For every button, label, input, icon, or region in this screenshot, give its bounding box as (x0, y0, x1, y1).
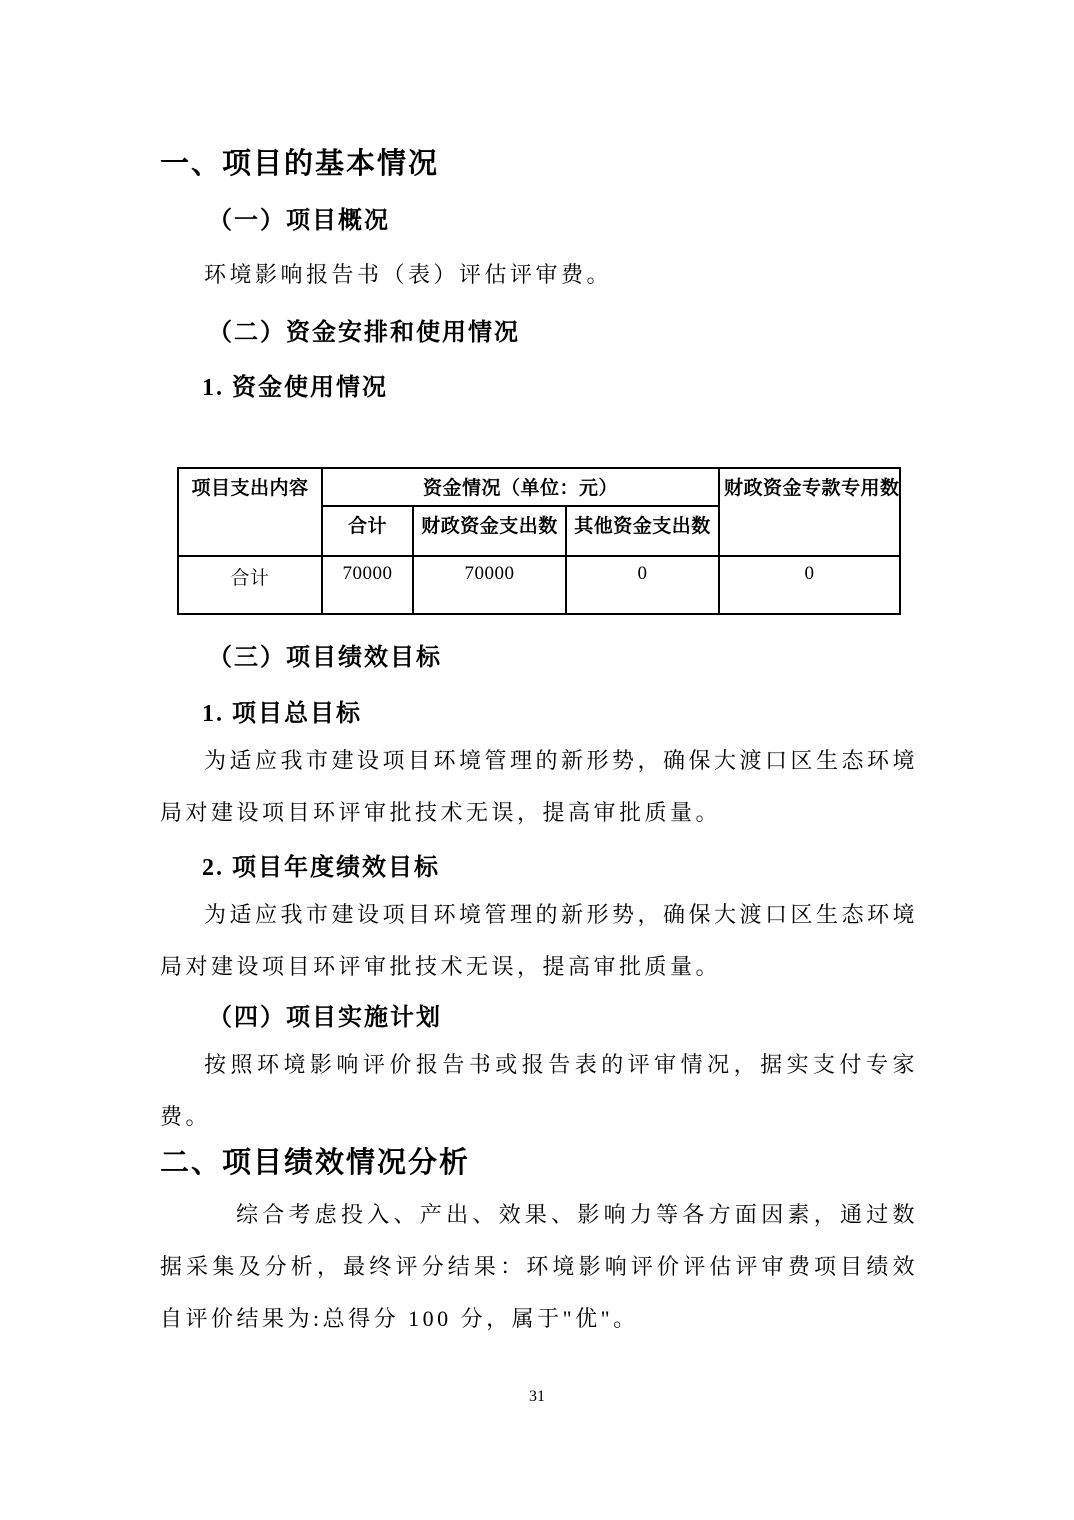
table-header-fund-status: 资金情况（单位：元） (322, 468, 719, 506)
table-cell-row-label: 合计 (178, 556, 322, 614)
paragraph-project-overview: 环境影响报告书（表）评估评审费。 (160, 249, 918, 301)
document-content: 一、项目的基本情况 （一）项目概况 环境影响报告书（表）评估评审费。 （二）资金… (160, 0, 918, 1345)
paragraph-annual-goal: 为适应我市建设项目环境管理的新形势，确保大渡口区生态环境局对建设项目环评审批技术… (160, 889, 918, 993)
table-cell-total: 70000 (322, 556, 413, 614)
table-cell-other: 0 (566, 556, 719, 614)
subheading-project-overview: （一）项目概况 (160, 206, 918, 236)
table-header-other-expense: 其他资金支出数 (566, 506, 719, 556)
heading-project-basic-info: 一、项目的基本情况 (160, 146, 918, 182)
table-header-expense-content: 项目支出内容 (178, 468, 322, 556)
document-page: 一、项目的基本情况 （一）项目概况 环境影响报告书（表）评估评审费。 （二）资金… (0, 0, 1074, 1520)
subheading-overall-goal: 1. 项目总目标 (160, 699, 918, 729)
subheading-funding-arrangement: （二）资金安排和使用情况 (160, 318, 918, 348)
page-number: 31 (0, 1388, 1074, 1406)
subheading-annual-goal: 2. 项目年度绩效目标 (160, 853, 918, 883)
table-cell-fiscal: 70000 (413, 556, 566, 614)
subheading-performance-goals: （三）项目绩效目标 (160, 643, 918, 673)
paragraph-overall-goal: 为适应我市建设项目环境管理的新形势，确保大渡口区生态环境局对建设项目环评审批技术… (160, 735, 918, 839)
table-data-row: 合计 70000 70000 0 0 (178, 556, 900, 614)
funding-table: 项目支出内容 资金情况（单位：元） 财政资金专款专用数 合计 财政资金支出数 其… (177, 467, 901, 615)
table-header-total: 合计 (322, 506, 413, 556)
table-header-special-fund: 财政资金专款专用数 (719, 468, 900, 556)
table-header-row-1: 项目支出内容 资金情况（单位：元） 财政资金专款专用数 (178, 468, 900, 506)
table-cell-special: 0 (719, 556, 900, 614)
paragraph-performance-analysis: 综合考虑投入、产出、效果、影响力等各方面因素，通过数据采集及分析，最终评分结果：… (160, 1189, 918, 1345)
subheading-implementation-plan: （四）项目实施计划 (160, 1003, 918, 1033)
subheading-funding-usage: 1. 资金使用情况 (160, 373, 918, 403)
table-header-fiscal-expense: 财政资金支出数 (413, 506, 566, 556)
paragraph-implementation-plan: 按照环境影响评价报告书或报告表的评审情况，据实支付专家费。 (160, 1039, 918, 1143)
heading-performance-analysis: 二、项目绩效情况分析 (160, 1145, 918, 1181)
